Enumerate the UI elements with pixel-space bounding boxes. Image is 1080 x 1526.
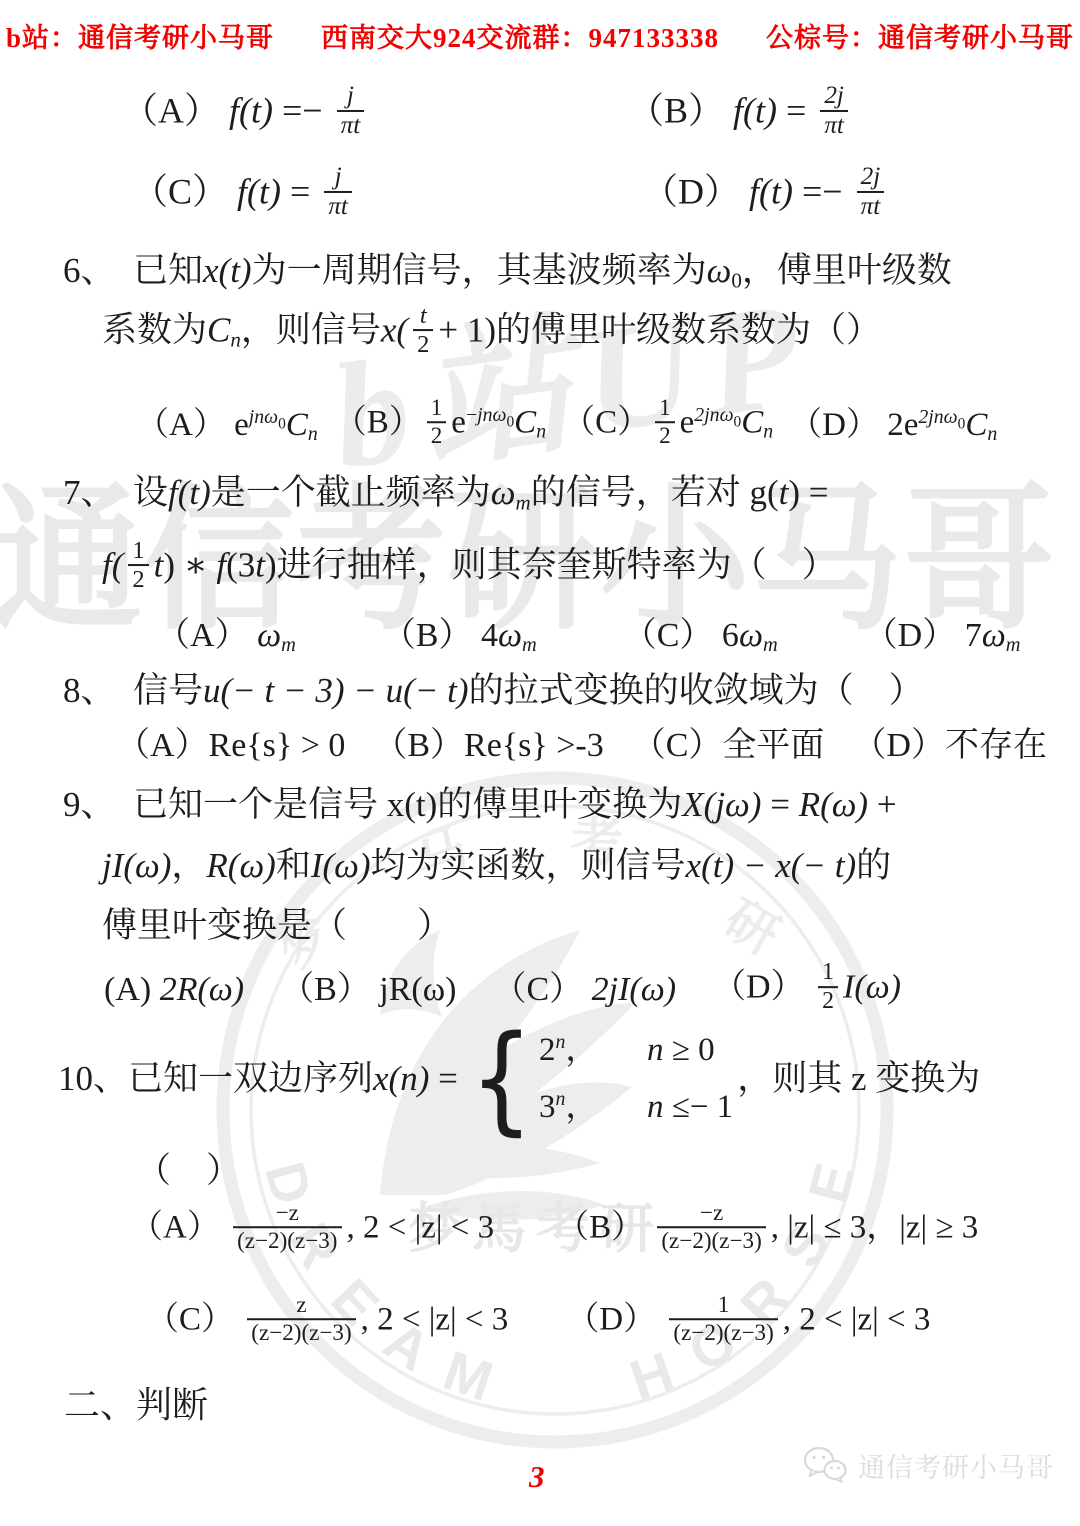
math-token: ω <box>707 251 732 290</box>
math-token: （B） jR(ω) <box>280 971 456 1008</box>
math-token: n <box>987 423 997 445</box>
q6-option-b: （B）12e−jnω0Cn <box>334 398 546 452</box>
q10-case-1: 2n， n ≥ 0 <box>539 1028 733 1073</box>
q10-line: 10、已知一双边序列x(n) = { 2n， n ≥ 0 3n， n ≤− 1 … <box>58 1028 980 1129</box>
q10-option-a: （A） −z(z−2)(z−3), 2 < |z| < 3 <box>130 1203 494 1257</box>
fraction-denominator: πt <box>337 110 365 140</box>
math-token: t2 <box>413 302 433 359</box>
math-row: （C）12e2jnω0Cn <box>562 398 773 452</box>
math-token: 0 <box>506 413 514 430</box>
math-token: 2jnω <box>918 406 957 428</box>
math-token: （D） 2e <box>789 407 918 443</box>
math-token: 12 <box>655 395 675 449</box>
math-token: （A）Re{s} > 0 <box>116 727 345 764</box>
math-token: 1 <box>431 394 443 420</box>
math-token: jπt <box>324 163 352 221</box>
math-token: ) ∗ <box>163 545 216 584</box>
math-token: f(t) <box>168 473 211 512</box>
q10-cases: 2n， n ≥ 0 3n， n ≤− 1 <box>539 1028 733 1129</box>
math-token: （D）不存在 <box>852 727 1047 764</box>
math-token: （D） <box>712 968 813 1005</box>
q8-line: 8、 信号u(− t − 3) − u(− t)的拉式变换的收敛域为（ ） <box>63 667 924 714</box>
math-row: （D） 7ωm <box>864 613 1021 659</box>
math-row: n ≤− 1 <box>647 1085 733 1130</box>
math-token: x(t) − x(− t) <box>686 846 857 885</box>
q6-option-d: （D） 2e2jnω0Cn <box>789 403 997 448</box>
math-token: −z <box>276 1199 299 1225</box>
math-token: 2j <box>861 163 881 190</box>
math-token: C <box>514 404 536 440</box>
q10-options-row-1: （A） −z(z−2)(z−3), 2 < |z| < 3 （B） −z(z−2… <box>130 1203 978 1257</box>
math-token: 1(z−2)(z−3) <box>669 1292 777 1346</box>
header-bilibili: b站：通信考研小马哥 <box>6 16 274 55</box>
math-token: 8、 信号 <box>63 671 203 710</box>
math-token: ， <box>171 846 206 885</box>
math-token: = <box>761 785 798 824</box>
math-token: f(t) <box>733 90 777 130</box>
math-row: 系数为Cn，则信号x(t2+ 1)的傅里叶级数系数为（） <box>102 305 881 362</box>
math-token: ≤− 1 <box>663 1089 733 1125</box>
fraction-numerator: 1 <box>128 537 148 564</box>
math-token: x( <box>381 310 408 349</box>
math-row: ，则其 z 变换为 <box>737 1055 980 1102</box>
header-qq-group: 西南交大924交流群：947133338 <box>321 16 719 55</box>
math-token: + <box>868 785 897 824</box>
q6-line-2: 系数为Cn，则信号x(t2+ 1)的傅里叶级数系数为（） <box>102 305 881 362</box>
math-token: 6、 已知 <box>63 251 203 290</box>
q9-option-b: （B） jR(ω) <box>280 967 456 1013</box>
math-token: 0 <box>278 415 286 432</box>
math-token: ) = <box>788 473 828 512</box>
q10-case1-expr: 2n， <box>539 1028 647 1073</box>
math-token: 2j <box>824 82 844 109</box>
header-wechat-account: 公棕号：通信考研小马哥 <box>766 16 1074 55</box>
math-token: m <box>516 490 531 514</box>
math-row: （C） f(t) = jπt <box>132 166 357 224</box>
math-token: m <box>281 634 296 656</box>
math-token: 2 <box>822 988 834 1014</box>
math-row: （D） 12I(ω) <box>712 962 901 1017</box>
math-token: z(z−2)(z−3) <box>247 1292 355 1346</box>
math-token: ，则信号 <box>241 310 381 349</box>
math-token: =− <box>273 90 332 130</box>
fraction-numerator: t <box>416 302 431 329</box>
math-token: m <box>763 634 778 656</box>
q10-option-b: （B） −z(z−2)(z−3), |z| ≤ 3，|z| ≥ 3 <box>556 1203 978 1257</box>
math-token: 2jπt <box>857 163 885 221</box>
math-token: n <box>555 1031 565 1053</box>
math-token: x(n) <box>373 1059 429 1098</box>
math-row: （ ） <box>136 1147 241 1194</box>
q7-option-c: （C） 6ωm <box>623 613 778 659</box>
math-token: (3 <box>226 545 255 584</box>
math-row: （C） 6ωm <box>623 613 778 659</box>
math-token: 2 <box>132 566 144 593</box>
math-token: m <box>281 634 296 656</box>
math-token: 2R(ω) <box>160 971 244 1008</box>
math-row: （A） f(t) =− jπt <box>122 85 369 143</box>
math-token: （B）Re{s} >-3 <box>373 727 603 764</box>
math-token: jnω <box>249 406 278 428</box>
math-row: （B）Re{s} >-3 <box>373 723 603 769</box>
math-token: x(t) <box>203 251 252 290</box>
math-token: j <box>347 82 354 109</box>
q7-options: （A） ωm （B） 4ωm （C） 6ωm （D） 7ωm <box>156 613 1021 659</box>
math-token: n <box>555 1088 565 1110</box>
math-token: j <box>335 163 342 190</box>
q10-case2-cond: n ≤− 1 <box>647 1085 733 1130</box>
math-token: 的信号，若对 g( <box>531 473 779 512</box>
q9-option-c: （C） 2jI(ω) <box>492 967 676 1013</box>
q6-line-1: 6、 已知x(t)为一周期信号，其基波频率为ω0，傅里叶级数 <box>63 247 952 294</box>
math-token: 2 <box>539 1032 556 1068</box>
math-row: 10、已知一双边序列x(n) = <box>58 1055 458 1102</box>
q10-option-d: （D） 1(z−2)(z−3), 2 < |z| < 3 <box>566 1295 930 1349</box>
math-token: （C）全平面 <box>632 727 825 764</box>
math-token: 12 <box>818 959 838 1014</box>
math-token: n <box>647 1089 664 1125</box>
math-token: 傅里叶变换是（ ） <box>102 906 452 945</box>
math-token: 和 <box>276 846 311 885</box>
math-token: n <box>308 423 318 445</box>
math-row: 9、 已知一个是信号 x(t)的傅里叶变换为X(jω) = R(ω) + <box>63 781 897 828</box>
math-token: 是一个截止频率为 <box>211 473 491 512</box>
q9-option-a: (A) 2R(ω) <box>104 967 244 1013</box>
page-number: 3 <box>529 1459 545 1495</box>
math-row: （D） f(t) =− 2jπt <box>642 166 889 224</box>
math-token: （A） <box>122 90 229 130</box>
fraction-denominator: (z−2)(z−3) <box>247 1318 355 1346</box>
q7-option-b: （B） 4ωm <box>382 613 537 659</box>
math-row: 8、 信号u(− t − 3) − u(− t)的拉式变换的收敛域为（ ） <box>63 667 924 714</box>
math-token: 2jnω0 <box>694 404 741 426</box>
math-row: jI(ω)，R(ω)和I(ω)均为实函数，则信号x(t) − x(− t)的 <box>102 842 891 889</box>
math-token: I(ω) <box>843 968 901 1005</box>
math-token: （ ） <box>136 1151 241 1190</box>
q9-line-2: jI(ω)，R(ω)和I(ω)均为实函数，则信号x(t) − x(− t)的 <box>102 842 891 889</box>
math-row: 傅里叶变换是（ ） <box>102 902 452 949</box>
q5-option-d: （D） f(t) =− 2jπt <box>642 166 889 224</box>
math-token: −z <box>700 1199 723 1225</box>
math-token: n <box>308 423 318 445</box>
wechat-icon <box>802 1445 848 1485</box>
q10-tail: ，则其 z 变换为 <box>737 1055 980 1102</box>
math-token: ， <box>565 1032 598 1068</box>
math-token: n <box>555 1088 565 1110</box>
math-token: 1 <box>132 537 144 564</box>
math-token: 1 <box>822 959 834 985</box>
math-token: （D） 7 <box>864 617 982 654</box>
math-token: )进行抽样，则其奈奎斯特率为（ ） <box>265 545 837 584</box>
q5-option-b: （B） f(t) = 2jπt <box>628 85 853 143</box>
q8-options: （A）Re{s} > 0 （B）Re{s} >-3 （C）全平面 （D）不存在 <box>116 723 1047 769</box>
math-row: 6、 已知x(t)为一周期信号，其基波频率为ω0，傅里叶级数 <box>63 247 952 294</box>
q10-case-2: 3n， n ≤− 1 <box>539 1085 733 1130</box>
math-row: n ≥ 0 <box>647 1028 715 1073</box>
fraction-denominator: πt <box>857 191 885 221</box>
math-token: 0 <box>278 415 286 432</box>
math-token: R(ω) <box>206 846 275 885</box>
math-token: =− <box>793 171 852 211</box>
q8-option-b: （B）Re{s} >-3 <box>373 723 603 769</box>
math-token: (A) <box>104 971 160 1008</box>
math-token: jnω <box>477 404 506 426</box>
q8-option-d: （D）不存在 <box>852 723 1047 769</box>
math-row: （B）12e−jnω0Cn <box>334 398 546 452</box>
q6-option-c: （C）12e2jnω0Cn <box>562 398 773 452</box>
math-token: −z(z−2)(z−3) <box>657 1200 765 1254</box>
math-token: ω <box>982 617 1006 654</box>
math-token: （C） <box>146 1301 242 1337</box>
math-token: （D） <box>642 171 749 211</box>
math-token: ， <box>565 1089 598 1125</box>
math-token: (z−2)(z−3) <box>673 1319 773 1345</box>
fraction-denominator: πt <box>324 191 352 221</box>
math-token: n <box>555 1031 565 1053</box>
fraction-numerator: 2j <box>820 82 848 110</box>
math-token: C <box>965 407 987 443</box>
q10-option-c: （C） z(z−2)(z−3), 2 < |z| < 3 <box>146 1295 508 1349</box>
math-token: z <box>296 1291 306 1317</box>
math-row: （A） −z(z−2)(z−3), 2 < |z| < 3 <box>130 1203 494 1257</box>
math-token: − <box>466 404 477 426</box>
q8-option-c: （C）全平面 <box>632 723 825 769</box>
math-token: u(− t − 3) − u(− t) <box>203 671 469 710</box>
math-row: (A) 2R(ω) <box>104 967 244 1013</box>
math-token: , 2 < |z| < 3 <box>361 1301 509 1337</box>
math-row: （A）Re{s} > 0 <box>116 723 345 769</box>
math-token: 系数为 <box>102 310 207 349</box>
math-token: （A） e <box>136 407 249 443</box>
math-row: 7、 设f(t)是一个截止频率为ωm的信号，若对 g(t) = <box>63 469 828 516</box>
page-header: b站：通信考研小马哥 西南交大924交流群：947133338 公棕号：通信考研… <box>0 16 1080 55</box>
math-token: 0 <box>731 268 742 292</box>
math-token: 1 <box>659 394 671 420</box>
math-row: （C）全平面 <box>632 723 825 769</box>
q10-lead: 10、已知一双边序列x(n) = <box>58 1055 458 1102</box>
q10-paren: （ ） <box>136 1147 241 1194</box>
math-token: 2 <box>417 331 429 358</box>
fraction-numerator: z <box>292 1292 310 1318</box>
q7-option-a: （A） ωm <box>156 613 296 659</box>
fraction-numerator: 2j <box>857 163 885 191</box>
math-token: jI(ω) <box>102 846 171 885</box>
math-token: 2jπt <box>820 82 848 140</box>
math-token: m <box>516 490 531 514</box>
math-token: −jnω0 <box>466 404 514 426</box>
fraction-denominator: πt <box>820 110 848 140</box>
math-token: + 1)的傅里叶级数系数为（） <box>438 310 881 349</box>
q6-option-a: （A） ejnω0Cn <box>136 403 318 448</box>
math-token: 3 <box>539 1089 556 1125</box>
fraction-numerator: 1 <box>714 1292 734 1318</box>
math-row: （B） 4ωm <box>382 613 537 659</box>
arc-letter: H <box>622 1339 681 1412</box>
exam-page: { "page": { "background": "#ffffff", "te… <box>0 0 1080 1526</box>
math-row: （D）不存在 <box>852 723 1047 769</box>
fraction-denominator: 2 <box>818 986 838 1015</box>
section-2-heading: 二、判断 <box>64 1381 208 1430</box>
math-row: （B） f(t) = 2jπt <box>628 85 853 143</box>
math-token: ，则其 z 变换为 <box>737 1059 980 1098</box>
math-row: （C） 2jI(ω) <box>492 967 676 1013</box>
math-row: （A） ωm <box>156 613 296 659</box>
fraction-numerator: 1 <box>655 395 675 421</box>
math-token: （C） <box>492 971 591 1008</box>
math-token: t <box>420 302 427 329</box>
math-token: 2jI(ω) <box>592 971 676 1008</box>
math-token: (z−2)(z−3) <box>237 1227 337 1253</box>
math-token: n <box>763 420 773 442</box>
footer-brand: 通信考研小马哥 <box>802 1445 1054 1485</box>
math-token: ，傅里叶级数 <box>742 251 952 290</box>
math-token: n <box>230 328 241 352</box>
math-token: （B） <box>334 404 422 440</box>
math-token: （D） <box>566 1301 664 1337</box>
math-token: πt <box>328 193 348 220</box>
math-token: （C） <box>562 404 650 440</box>
math-token: 2jnω0 <box>918 406 965 428</box>
math-token: ω <box>498 617 522 654</box>
q9-line-1: 9、 已知一个是信号 x(t)的傅里叶变换为X(jω) = R(ω) + <box>63 781 897 828</box>
fraction-denominator: (z−2)(z−3) <box>233 1226 341 1254</box>
math-row: （C） z(z−2)(z−3), 2 < |z| < 3 <box>146 1295 508 1349</box>
math-row: f(12t) ∗ f(3t)进行抽样，则其奈奎斯特率为（ ） <box>102 540 837 597</box>
math-token: ω <box>257 617 281 654</box>
math-token: 1 <box>718 1291 730 1317</box>
math-token: n <box>536 420 546 442</box>
math-token: 2jnω <box>694 404 733 426</box>
math-token: m <box>1006 634 1021 656</box>
math-token: m <box>763 634 778 656</box>
math-row: 3n， <box>539 1085 598 1130</box>
math-token: 0 <box>506 413 514 430</box>
math-token: n <box>763 420 773 442</box>
fraction-numerator: j <box>331 163 346 191</box>
math-row: （B） jR(ω) <box>280 967 456 1013</box>
math-token: n <box>230 328 241 352</box>
math-token: f(t) <box>229 90 273 130</box>
q6-options: （A） ejnω0Cn （B）12e−jnω0Cn （C）12e2jnω0Cn … <box>136 398 997 452</box>
math-token: 0 <box>731 268 742 292</box>
math-token: πt <box>824 112 844 139</box>
fraction-denominator: 2 <box>427 421 447 449</box>
q10-options-row-2: （C） z(z−2)(z−3), 2 < |z| < 3 （D） 1(z−2)(… <box>146 1295 930 1349</box>
math-token: 为一周期信号，其基波频率为 <box>252 251 707 290</box>
math-token: ω <box>491 473 516 512</box>
q10-case1-cond: n ≥ 0 <box>647 1028 715 1073</box>
q5-option-c: （C） f(t) = jπt <box>132 166 357 224</box>
fraction-numerator: −z <box>696 1200 727 1226</box>
math-token: t <box>255 545 265 584</box>
math-token: 2 <box>431 422 443 448</box>
math-token: 10、已知一双边序列 <box>58 1059 373 1098</box>
math-token: （B） <box>628 90 733 130</box>
math-token: C <box>286 407 308 443</box>
footer-brand-label: 通信考研小马哥 <box>858 1446 1054 1485</box>
math-token: （A） <box>156 617 257 654</box>
q7-line-2: f(12t) ∗ f(3t)进行抽样，则其奈奎斯特率为（ ） <box>102 540 837 597</box>
math-token: C <box>741 404 763 440</box>
math-token: e <box>451 404 466 440</box>
math-token: 9、 已知一个是信号 x(t)的傅里叶变换为 <box>63 785 682 824</box>
q5-option-a: （A） f(t) =− jπt <box>122 85 369 143</box>
math-row: （A） ejnω0Cn <box>136 403 318 448</box>
math-token: , 2 < |z| < 3 <box>783 1301 931 1337</box>
math-token: f( <box>102 545 123 584</box>
fraction-numerator: −z <box>272 1200 303 1226</box>
math-token: （B） 4 <box>382 617 498 654</box>
fraction-numerator: j <box>343 82 358 110</box>
math-token: 12 <box>128 537 148 594</box>
q10-case2-expr: 3n， <box>539 1085 647 1130</box>
q7-option-d: （D） 7ωm <box>864 613 1021 659</box>
math-token: (z−2)(z−3) <box>251 1319 351 1345</box>
math-token: n <box>536 420 546 442</box>
math-token: jπt <box>337 82 365 140</box>
fraction-numerator: 1 <box>427 395 447 421</box>
math-token: πt <box>341 112 361 139</box>
math-token: = <box>429 1059 458 1098</box>
fraction-denominator: 2 <box>655 421 675 449</box>
arc-letter: M <box>436 1338 501 1413</box>
math-token: （B） <box>556 1209 652 1245</box>
math-token: ω <box>739 617 763 654</box>
math-token: = <box>281 171 319 211</box>
math-token: (z−2)(z−3) <box>661 1227 761 1253</box>
math-token: C <box>207 310 230 349</box>
math-token: （A） <box>130 1209 228 1245</box>
math-token: 的 <box>856 846 891 885</box>
math-row: （D） 2e2jnω0Cn <box>789 403 997 448</box>
math-token: 均为实函数，则信号 <box>371 846 686 885</box>
math-row: （D） 1(z−2)(z−3), 2 < |z| < 3 <box>566 1295 930 1349</box>
math-token: （C） 6 <box>623 617 739 654</box>
math-token: R(ω) <box>799 785 868 824</box>
fraction-denominator: 2 <box>413 329 433 358</box>
math-token: = <box>777 90 815 130</box>
math-row: （B） −z(z−2)(z−3), |z| ≤ 3，|z| ≥ 3 <box>556 1203 978 1257</box>
math-token: t <box>779 473 789 512</box>
math-token: jnω0 <box>249 406 286 428</box>
q7-line-1: 7、 设f(t)是一个截止频率为ωm的信号，若对 g(t) = <box>63 469 828 516</box>
math-token: f(t) <box>237 171 281 211</box>
math-token: 2 <box>659 422 671 448</box>
math-token: I(ω) <box>311 846 371 885</box>
math-token: X(jω) <box>682 785 761 824</box>
math-token: n <box>987 423 997 445</box>
math-row: 2n， <box>539 1028 598 1073</box>
math-token: 12 <box>427 395 447 449</box>
fraction-denominator: 2 <box>128 564 148 593</box>
math-token: , 2 < |z| < 3 <box>347 1209 495 1245</box>
math-token: πt <box>861 193 881 220</box>
math-token: , |z| ≤ 3，|z| ≥ 3 <box>771 1209 978 1245</box>
math-token: m <box>522 634 537 656</box>
math-token: （C） <box>132 171 237 211</box>
math-token: −z(z−2)(z−3) <box>233 1200 341 1254</box>
math-token: f <box>216 545 226 584</box>
math-token: n <box>647 1032 664 1068</box>
q9-option-d: （D） 12I(ω) <box>712 962 901 1017</box>
math-token: 的拉式变换的收敛域为（ ） <box>469 671 924 710</box>
cases-brace: { <box>470 1028 534 1128</box>
math-token: m <box>1006 634 1021 656</box>
math-token: f(t) <box>749 171 793 211</box>
math-token: e <box>680 404 695 440</box>
arc-letter: E <box>796 1157 867 1209</box>
fraction-denominator: (z−2)(z−3) <box>657 1226 765 1254</box>
